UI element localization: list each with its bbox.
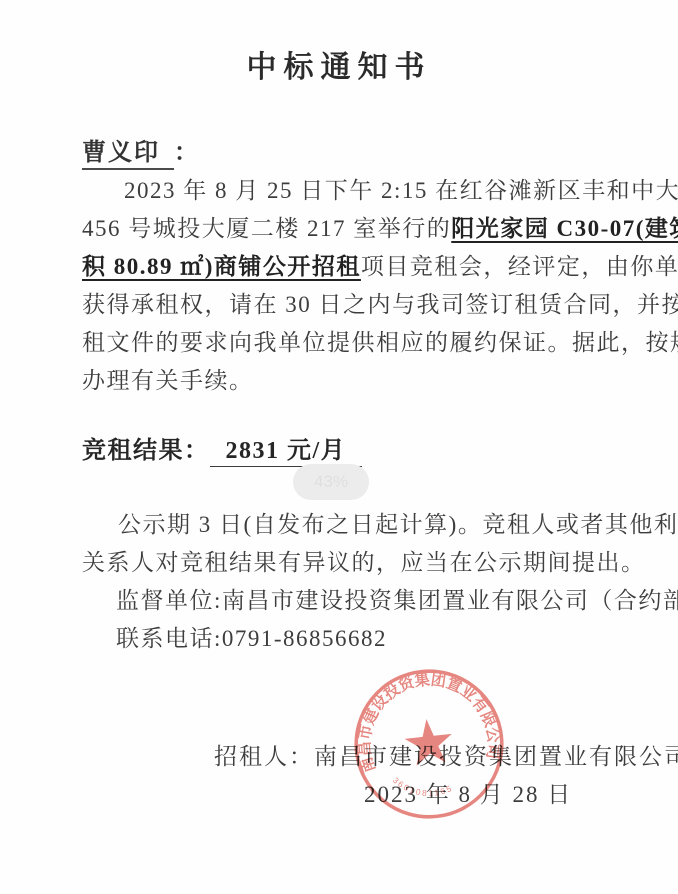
lessor-line: 招租人：南昌市建设投资集团置业有限公司 [214, 738, 678, 771]
bid-result-label: 竞租结果： [82, 438, 210, 464]
bid-result-line: 竞租结果：2831 元/月 [82, 430, 362, 465]
lessor-name: 南昌市建设投资集团置业有限公司 [314, 744, 678, 769]
contact-phone-line: 联系电话:0791-86856682 [82, 620, 627, 658]
addressee-name: 曹义印 [82, 140, 174, 170]
body1-line-4: 获得承租权，请在 30 日之内与我司签订租赁合同，并按招 [82, 286, 622, 324]
document-title: 中标通知书 [0, 42, 678, 86]
addressee-colon: ： [174, 140, 200, 166]
body1-line-5: 租文件的要求向我单位提供相应的履约保证。据此，按规定 [82, 324, 622, 362]
bid-result-value: 2831 元/月 [210, 438, 363, 467]
notice-period-line-1: 公示期 3 日(自发布之日起计算)。竞租人或者其他利害 [82, 506, 627, 544]
body-paragraph-1: 2023 年 8 月 25 日下午 2:15 在红谷滩新区丰和中大道 456 号… [82, 172, 622, 400]
body1-line-3: 积 80.89 ㎡)商铺公开招租项目竞租会，经评定，由你单位 [82, 248, 622, 286]
body1-line-1: 2023 年 8 月 25 日下午 2:15 在红谷滩新区丰和中大道 [82, 172, 622, 210]
highlighted-project-name: 阳光家园 C30-07(建筑面 [451, 216, 678, 241]
supervisor-line: 监督单位:南昌市建设投资集团置业有限公司（合约部） [82, 582, 627, 620]
body1-line-2: 456 号城投大厦二楼 217 室举行的阳光家园 C30-07(建筑面 [82, 210, 622, 248]
highlighted-project-name: 积 80.89 ㎡)商铺公开招租 [82, 254, 361, 279]
document-date: 2023 年 8 月 28 日 [364, 776, 572, 809]
lessor-label: 招租人： [214, 744, 314, 769]
notice-period-line-2: 关系人对竞租结果有异议的，应当在公示期间提出。 [82, 544, 627, 582]
addressee-line: 曹义印： [82, 132, 200, 167]
progress-overlay-badge: 43% [293, 464, 369, 500]
body1-line-6: 办理有关手续。 [82, 362, 622, 400]
document-page: 中标通知书 曹义印： 2023 年 8 月 25 日下午 2:15 在红谷滩新区… [0, 0, 678, 894]
body-paragraph-2: 公示期 3 日(自发布之日起计算)。竞租人或者其他利害 关系人对竞租结果有异议的… [82, 506, 627, 658]
